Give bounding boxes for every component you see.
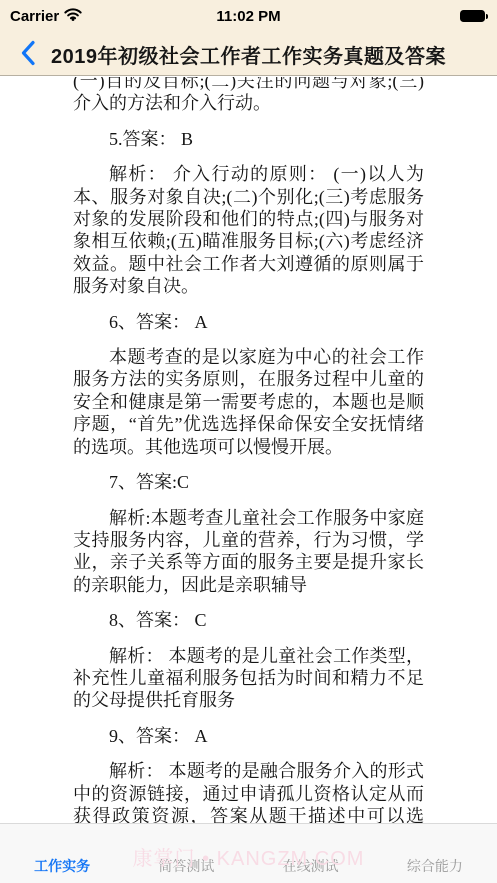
answer-line: 9、答案： A [73,725,424,747]
answer-line: 6、答案： A [73,311,424,333]
page-title: 2019年初级社会工作者工作实务真题及答案 [0,40,497,69]
tab-short-answer-test[interactable]: 简答测试 [124,824,248,883]
tab-label: 工作实务 [34,856,90,876]
battery-icon [460,10,485,22]
nav-bar: 2019年初级社会工作者工作实务真题及答案 [0,32,497,76]
analysis-paragraph: 解析： 本题考的是融合服务介入的形式中的资源链接，通过申请孤儿资格认定从而获得政… [73,760,424,823]
status-bar: Carrier 11:02 PM [0,0,497,32]
answer-line: 8、答案： C [73,609,424,631]
tab-bar: 工作实务 简答测试 在线测试 综合能力 [0,823,497,883]
document-content[interactable]: (一)目的及目标;(二)关注的问题与对象;(三)介入的方法和介入行动。 5.答案… [0,77,497,823]
header: Carrier 11:02 PM [0,0,497,76]
answer-line: 5.答案： B [73,128,424,150]
analysis-paragraph: 本题考查的是以家庭为中心的社会工作服务方法的实务原则，在服务过程中儿童的安全和健… [73,346,424,458]
chevron-left-icon [21,40,35,69]
paragraph: (一)目的及目标;(二)关注的问题与对象;(三)介入的方法和介入行动。 [73,77,424,115]
tab-work-practice[interactable]: 工作实务 [0,824,124,883]
tab-comprehensive-ability[interactable]: 综合能力 [373,824,497,883]
tab-label: 在线测试 [283,856,339,876]
tab-online-test[interactable]: 在线测试 [249,824,373,883]
back-button[interactable] [8,32,48,76]
tab-label: 综合能力 [407,856,463,876]
app-screen: Carrier 11:02 PM [0,0,497,883]
analysis-paragraph: 解析： 介入行动的原则： (一)以人为本、服务对象自决;(二)个别化;(三)考虑… [73,163,424,297]
analysis-paragraph: 解析:本题考查儿童社会工作服务中家庭支持服务内容，儿童的营养，行为习惯，学业，亲… [73,507,424,597]
answer-line: 7、答案:C [73,471,424,493]
clock: 11:02 PM [0,8,497,25]
tab-label: 简答测试 [158,856,214,876]
analysis-paragraph: 解析： 本题考的是儿童社会工作类型，补充性儿童福利服务包括为时间和精力不足的父母… [73,645,424,712]
